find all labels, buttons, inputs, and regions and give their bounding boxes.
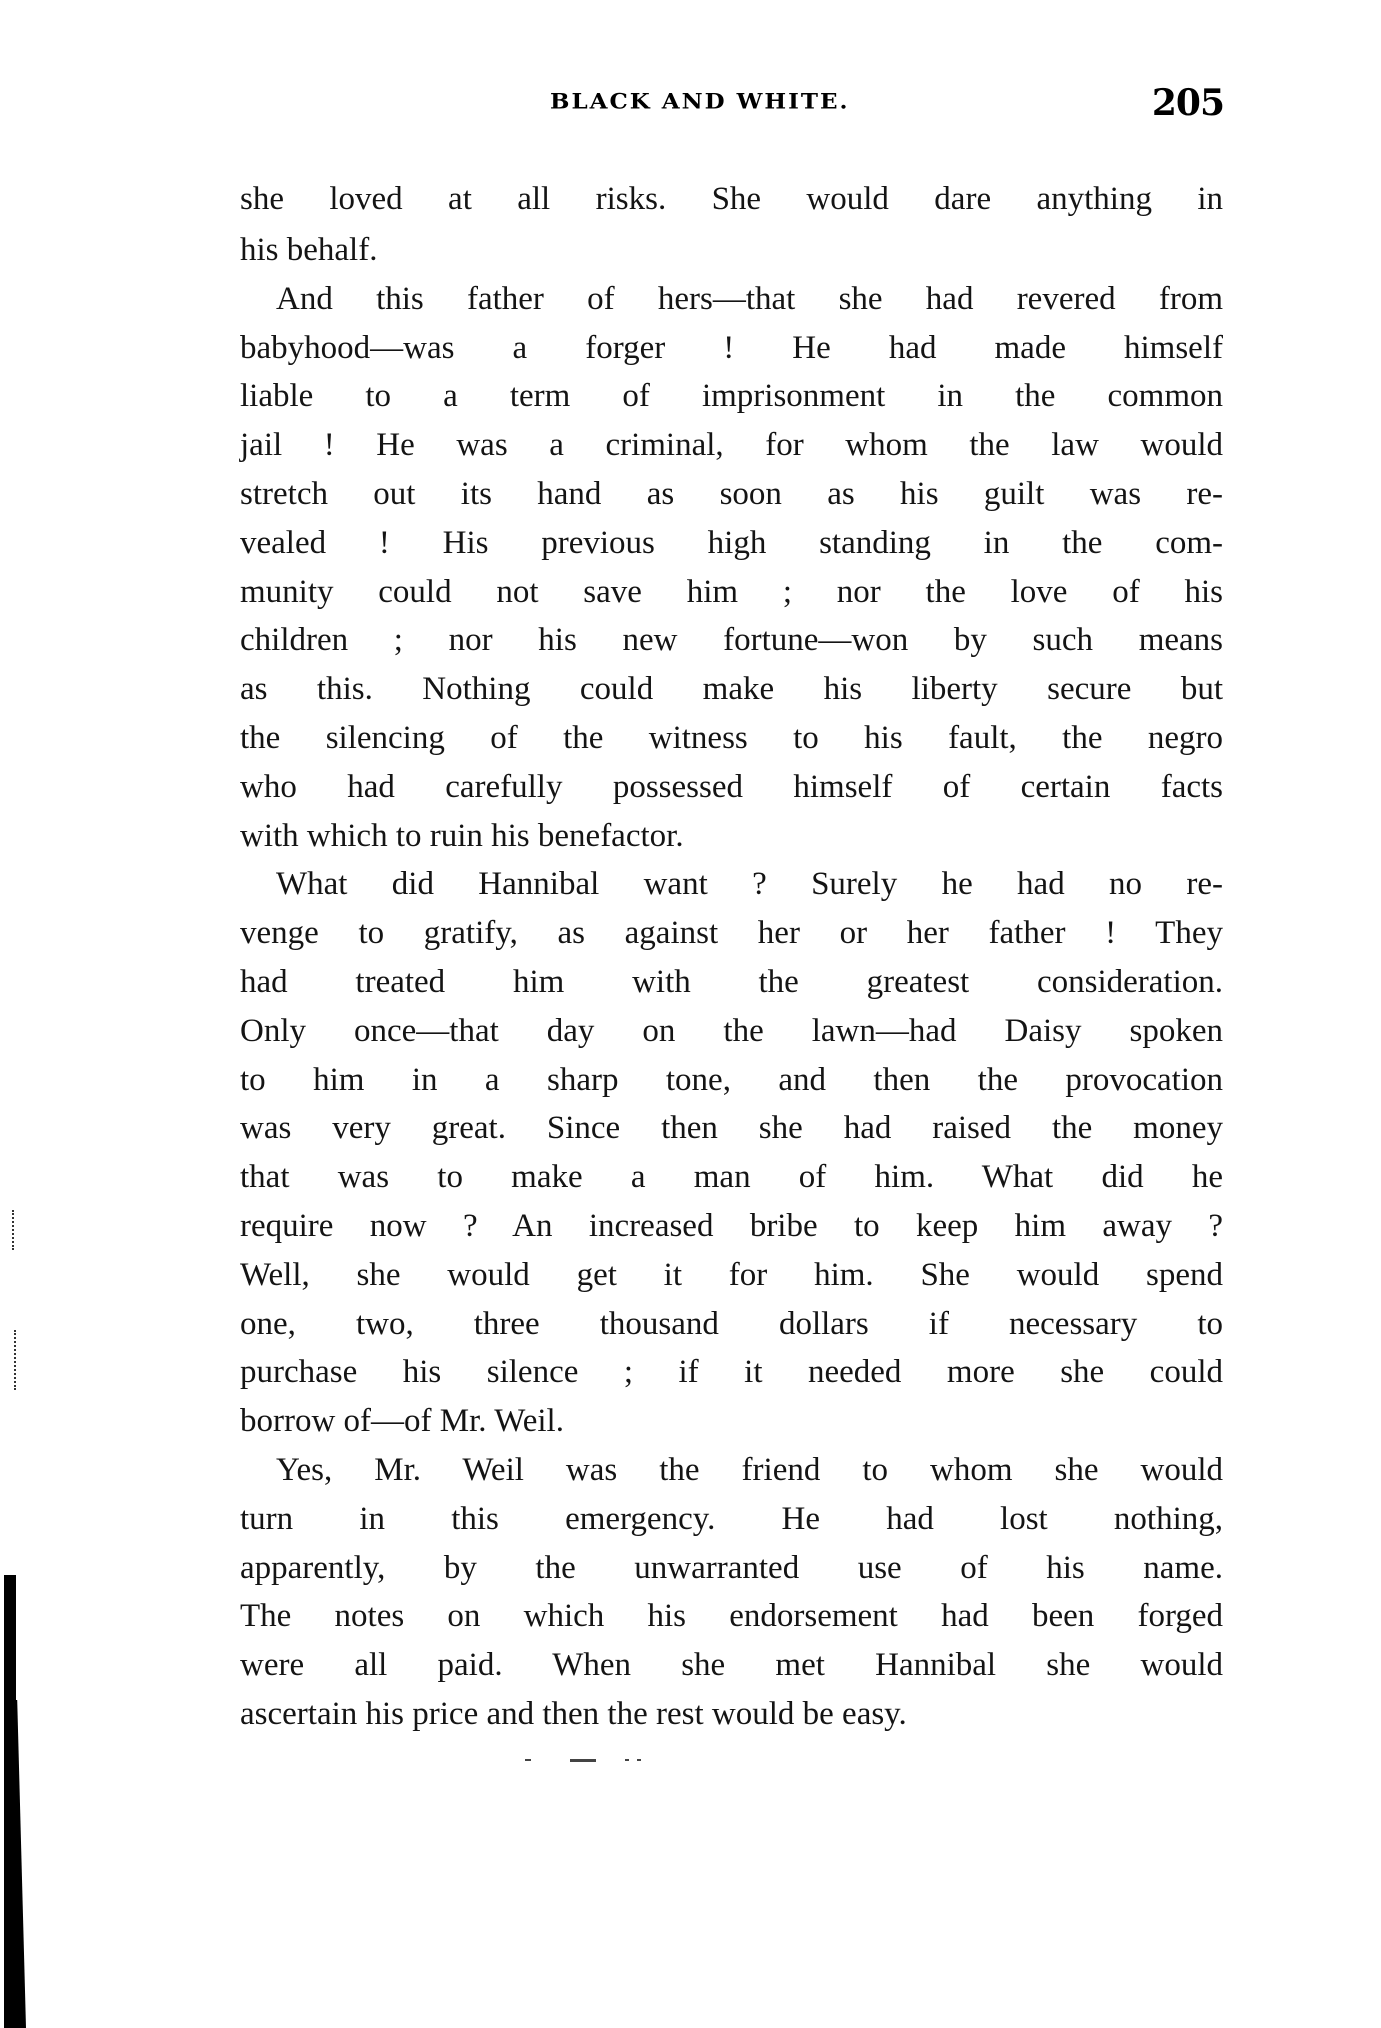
text-line: munity could not save him ; nor the love… (240, 568, 1223, 617)
text-line: purchase his silence ; if it needed more… (240, 1348, 1223, 1397)
paragraph-start-line: And this father of hers—that she had rev… (240, 275, 1223, 324)
book-page: BLACK AND WHITE. 205 she loved at all ri… (0, 0, 1381, 2028)
text-line: ascertain his price and then the rest wo… (240, 1690, 1223, 1739)
text-line: the silencing of the witness to his faul… (240, 714, 1223, 763)
text-line: as this. Nothing could make his liberty … (240, 665, 1223, 714)
text-line: who had carefully possessed himself of c… (240, 763, 1223, 812)
text-line: with which to ruin his benefactor. (240, 812, 1223, 861)
text-line: require now ? An increased bribe to keep… (240, 1202, 1223, 1251)
text-line: vealed ! His previous high standing in t… (240, 519, 1223, 568)
text-line: had treated him with the greatest consid… (240, 958, 1223, 1007)
paragraph-start-line: Yes, Mr. Weil was the friend to whom she… (240, 1446, 1223, 1495)
running-title: BLACK AND WHITE. (550, 89, 850, 114)
paragraph-start-line: What did Hannibal want ? Surely he had n… (240, 860, 1223, 909)
text-line: The notes on which his endorsement had b… (240, 1592, 1223, 1641)
text-line: Well, she would get it for him. She woul… (240, 1251, 1223, 1300)
scan-artifact-dots (14, 1330, 18, 1390)
text-line: borrow of—of Mr. Weil. (240, 1397, 1223, 1446)
text-line: was very great. Since then she had raise… (240, 1104, 1223, 1153)
body-text: she loved at all risks. She would dare a… (240, 172, 1223, 1739)
text-line: venge to gratify, as against her or her … (240, 909, 1223, 958)
text-line: apparently, by the unwarranted use of hi… (240, 1544, 1223, 1593)
text-line: Only once—that day on the lawn—had Daisy… (240, 1007, 1223, 1056)
end-ornament (525, 1759, 645, 1763)
text-line: children ; nor his new fortune—won by su… (240, 616, 1223, 665)
text-line: one, two, three thousand dollars if nece… (240, 1300, 1223, 1349)
scan-edge-shadow (4, 1700, 26, 2028)
text-line: were all paid. When she met Hannibal she… (240, 1641, 1223, 1690)
text-line: that was to make a man of him. What did … (240, 1153, 1223, 1202)
page-number: 205 (1152, 82, 1224, 124)
text-line: to him in a sharp tone, and then the pro… (240, 1056, 1223, 1105)
text-line: she loved at all risks. She would dare a… (240, 172, 1223, 226)
text-line: babyhood—was a forger ! He had made hims… (240, 324, 1223, 373)
scan-artifact-dots (12, 1210, 16, 1250)
text-line: liable to a term of imprisonment in the … (240, 372, 1223, 421)
text-line: his behalf. (240, 226, 1223, 275)
running-head: BLACK AND WHITE. 205 (240, 86, 1224, 126)
text-line: stretch out its hand as soon as his guil… (240, 470, 1223, 519)
text-line: turn in this emergency. He had lost noth… (240, 1495, 1223, 1544)
text-line: jail ! He was a criminal, for whom the l… (240, 421, 1223, 470)
